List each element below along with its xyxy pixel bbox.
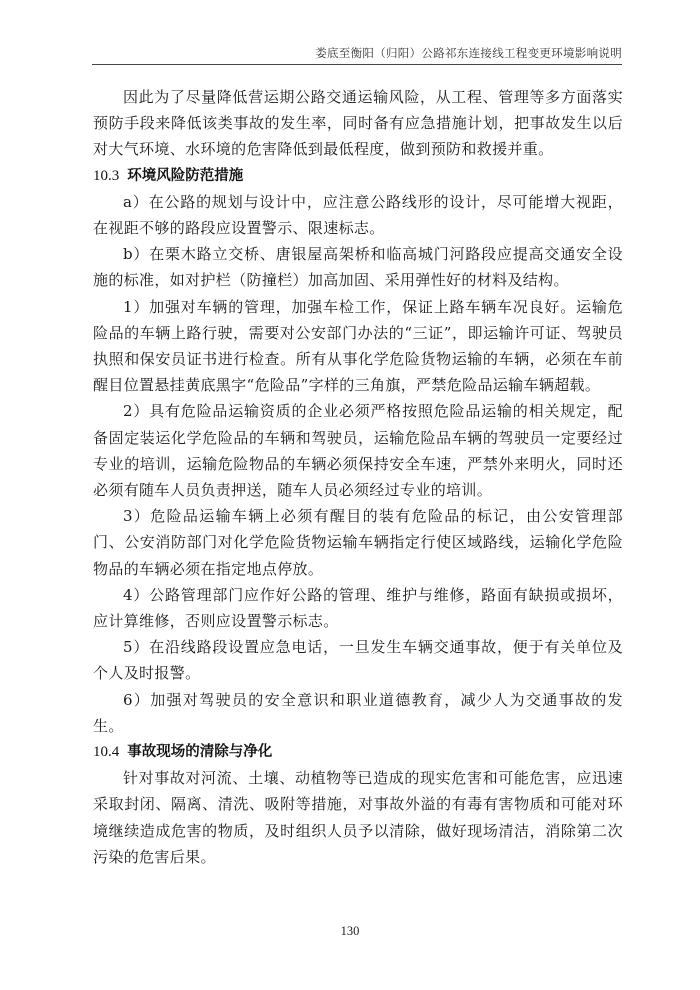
cleanup-paragraph: 针对事故对河流、土壤、动植物等已造成的现实危害和可能危害，应迅速采取封闭、隔离、… — [93, 765, 623, 870]
page-number: 130 — [0, 924, 700, 939]
measure-5-paragraph: 5）在沿线路段设置应急电话，一旦发生车辆交通事故，便于有关单位及个人及时报警。 — [93, 634, 623, 686]
measure-4-paragraph: 4）公路管理部门应作好公路的管理、维护与维修，路面有缺损或损坏，应计算维修，否则… — [93, 582, 623, 634]
measure-1-paragraph: 1）加强对车辆的管理，加强车检工作，保证上路车辆车况良好。运输危险品的车辆上路行… — [93, 294, 623, 399]
section-heading-10-3: 10.3环境风险防范措施 — [93, 163, 623, 189]
intro-paragraph: 因此为了尽量降低营运期公路交通运输风险，从工程、管理等多方面落实预防手段来降低该… — [93, 84, 623, 163]
section-title: 事故现场的清除与净化 — [127, 744, 272, 760]
section-number: 10.3 — [93, 168, 119, 184]
running-header: 娄底至衡阳（归阳）公路祁东连接线工程变更环境影响说明 — [92, 44, 622, 65]
section-number: 10.4 — [93, 744, 119, 760]
measure-2-paragraph: 2）具有危险品运输资质的企业必须严格按照危险品运输的相关规定，配备固定装运化学危… — [93, 398, 623, 503]
document-title: 娄底至衡阳（归阳）公路祁东连接线工程变更环境影响说明 — [315, 46, 622, 60]
section-title: 环境风险防范措施 — [127, 168, 243, 184]
measure-a-paragraph: a）在公路的规划与设计中，应注意公路线形的设计，尽可能增大视距，在视距不够的路段… — [93, 189, 623, 241]
measure-3-paragraph: 3）危险品运输车辆上必须有醒目的装有危险品的标记，由公安管理部门、公安消防部门对… — [93, 503, 623, 582]
measure-b-paragraph: b）在栗木路立交桥、唐银屋高架桥和临高城门河路段应提高交通安全设施的标准，如对护… — [93, 241, 623, 293]
measure-6-paragraph: 6）加强对驾驶员的安全意识和职业道德教育，减少人为交通事故的发生。 — [93, 687, 623, 739]
page-body: 因此为了尽量降低营运期公路交通运输风险，从工程、管理等多方面落实预防手段来降低该… — [93, 84, 623, 870]
section-heading-10-4: 10.4事故现场的清除与净化 — [93, 739, 623, 765]
